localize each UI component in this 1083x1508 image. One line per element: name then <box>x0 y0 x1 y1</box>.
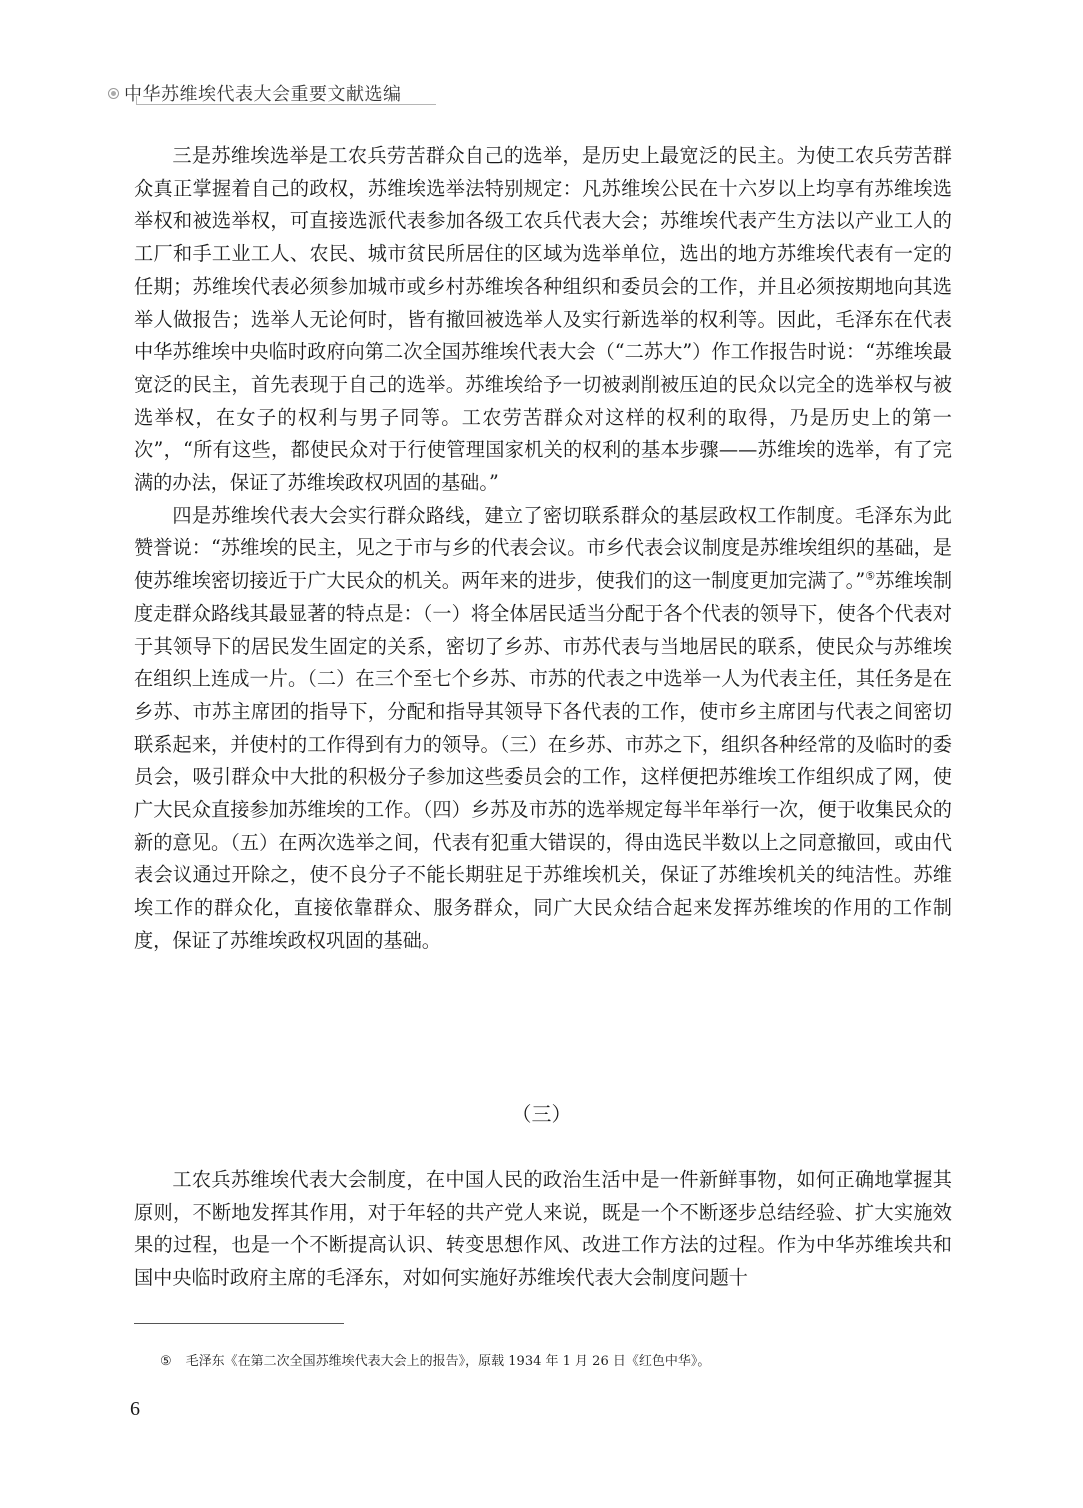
paragraph-section3-1: 工农兵苏维埃代表大会制度，在中国人民的政治生活中是一件新鲜事物，如何正确地掌握其… <box>134 1164 952 1295</box>
footnote-reference[interactable]: ⑤ <box>865 570 875 583</box>
running-head: 中华苏维埃代表大会重要文献选编 <box>108 80 402 106</box>
paragraph-4-part2: 苏维埃制度走群众路线其最显著的特点是：（一）将全体居民适当分配于各个代表的领导下… <box>134 569 952 952</box>
paragraph-4: 四是苏维埃代表大会实行群众路线，建立了密切联系群众的基层政权工作制度。毛泽东为此… <box>134 500 952 958</box>
footnote-marker: ⑤ <box>160 1354 172 1369</box>
section-heading: （三） <box>0 1098 1083 1127</box>
running-head-title: 中华苏维埃代表大会重要文献选编 <box>124 80 402 106</box>
running-head-rule <box>136 104 436 105</box>
page-number: 6 <box>130 1398 140 1421</box>
footnote: ⑤毛泽东《在第二次全国苏维埃代表大会上的报告》，原载 1934 年 1 月 26… <box>160 1350 710 1369</box>
paragraph-4-part1: 四是苏维埃代表大会实行群众路线，建立了密切联系群众的基层政权工作制度。毛泽东为此… <box>134 504 952 592</box>
footnote-rule <box>134 1323 344 1324</box>
paragraph-3: 三是苏维埃选举是工农兵劳苦群众自己的选举，是历史上最宽泛的民主。为使工农兵劳苦群… <box>134 140 952 500</box>
footnote-text: 毛泽东《在第二次全国苏维埃代表大会上的报告》，原载 1934 年 1 月 26 … <box>186 1354 711 1369</box>
body-text-section-2: 三是苏维埃选举是工农兵劳苦群众自己的选举，是历史上最宽泛的民主。为使工农兵劳苦群… <box>134 140 952 958</box>
body-text-section-3: 工农兵苏维埃代表大会制度，在中国人民的政治生活中是一件新鲜事物，如何正确地掌握其… <box>134 1164 952 1295</box>
circle-bullet-icon <box>108 88 119 99</box>
